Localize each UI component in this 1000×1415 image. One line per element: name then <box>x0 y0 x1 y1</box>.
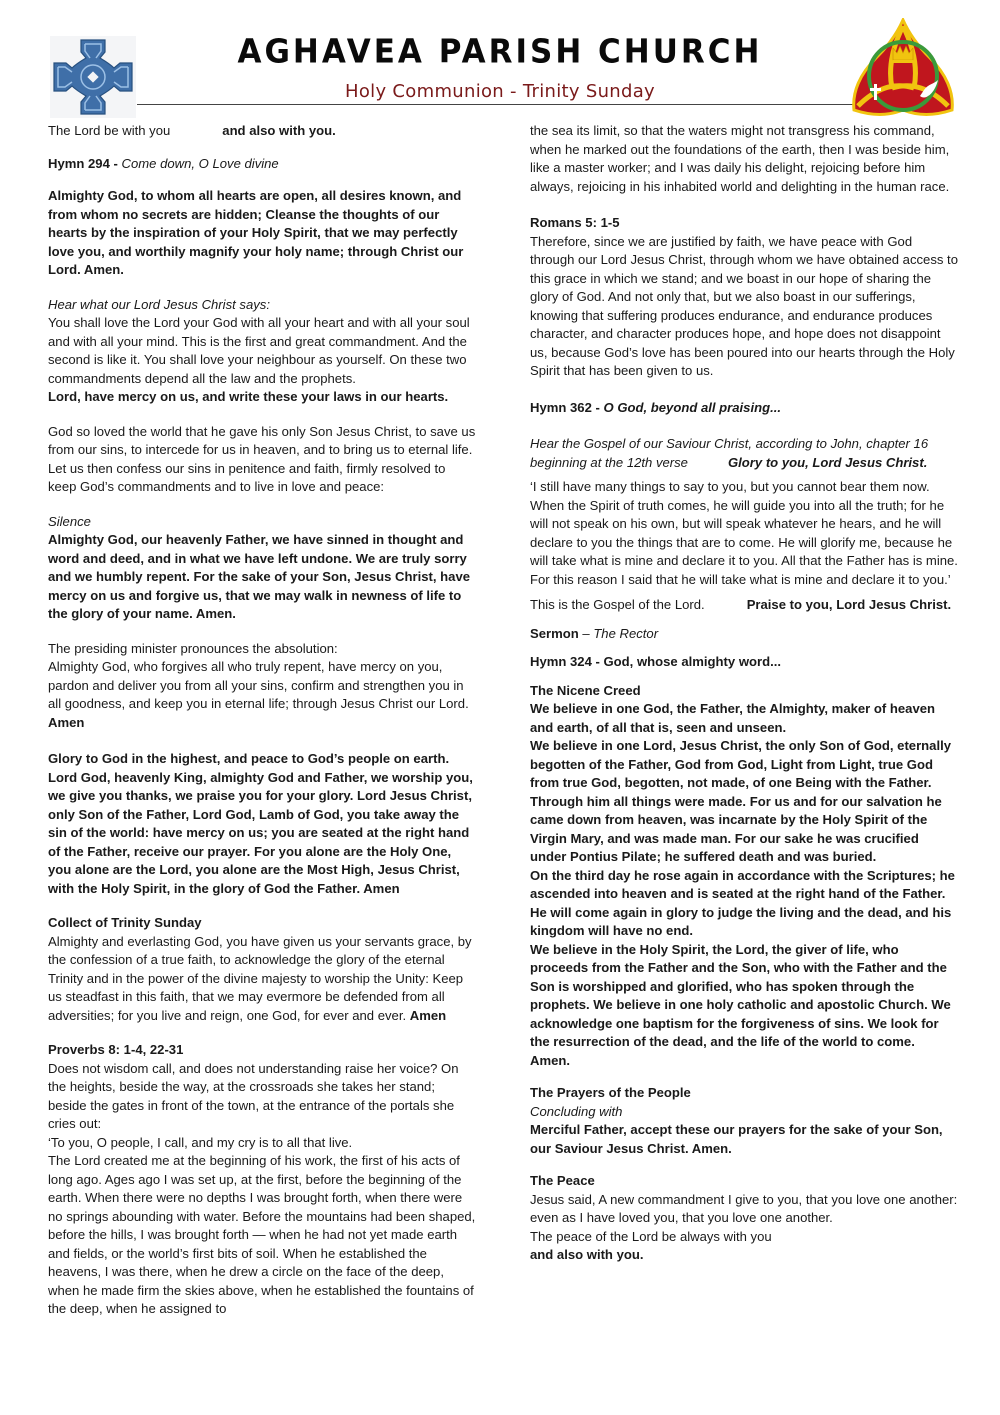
sermon: Sermon – The Rector <box>530 625 958 644</box>
prayers-text: Merciful Father, accept these our prayer… <box>530 1121 958 1158</box>
invitation-to-confession: God so loved the world that he gave his … <box>48 423 476 497</box>
prayers-heading: The Prayers of the People <box>530 1084 958 1103</box>
proverbs-p3: The Lord created me at the beginning of … <box>48 1152 476 1319</box>
summary-of-law: Hear what our Lord Jesus Christ says: Yo… <box>48 296 476 407</box>
creed-p2: We believe in one Lord, Jesus Christ, th… <box>530 737 958 867</box>
collect-text: Almighty and everlasting God, you have g… <box>48 934 472 1023</box>
hymn-title: Come down, O Love divine <box>122 156 279 171</box>
creed-p4: We believe in the Holy Spirit, the Lord,… <box>530 941 958 1071</box>
right-column: the sea its limit, so that the waters mi… <box>530 122 958 1279</box>
collect-amen: Amen <box>410 1008 446 1023</box>
creed-p3: On the third day he rose again in accord… <box>530 867 958 941</box>
proverbs-p1: Does not wisdom call, and does not under… <box>48 1060 476 1134</box>
the-peace: The Peace Jesus said, A new commandment … <box>530 1172 958 1265</box>
peace-greeting: The peace of the Lord be always with you <box>530 1228 958 1247</box>
summary-response: Lord, have mercy on us, and write these … <box>48 388 476 407</box>
absolution-text: Almighty God, who forgives all who truly… <box>48 659 469 711</box>
creed-p1: We believe in one God, the Father, the A… <box>530 700 958 737</box>
collect-for-purity: Almighty God, to whom all hearts are ope… <box>48 187 476 280</box>
greeting-response: and also with you. <box>222 123 336 138</box>
confession-text: Almighty God, our heavenly Father, we ha… <box>48 531 476 624</box>
summary-intro: Hear what our Lord Jesus Christ says: <box>48 296 476 315</box>
hymn-title: O God, beyond all praising... <box>604 400 782 415</box>
creed-heading: The Nicene Creed <box>530 682 958 701</box>
celtic-cross-logo-icon <box>50 36 136 118</box>
sermon-preacher: The Rector <box>593 626 658 641</box>
proverbs-heading: Proverbs 8: 1-4, 22-31 <box>48 1041 476 1060</box>
gospel-announcement: Hear the Gospel of our Saviour Christ, a… <box>530 435 958 472</box>
page-header: AGHAVEA PARISH CHURCH Holy Communion - T… <box>0 0 1000 120</box>
absolution: The presiding minister pronounces the ab… <box>48 640 476 733</box>
peace-response: and also with you. <box>530 1246 958 1265</box>
confession-rubric: Silence <box>48 513 476 532</box>
gospel-announce-line2: beginning at the 12th verse <box>530 455 688 470</box>
trinity-knot-logo-icon <box>848 18 958 120</box>
summary-text: You shall love the Lord your God with al… <box>48 314 476 388</box>
proverbs-p2: ‘To you, O people, I call, and my cry is… <box>48 1134 476 1153</box>
hymn-label: Hymn 362 - <box>530 400 604 415</box>
hymn-324-text: Hymn 324 - God, whose almighty word... <box>530 654 781 669</box>
gospel-announce-line1: Hear the Gospel of our Saviour Christ, a… <box>530 435 958 454</box>
collect-of-the-day: Collect of Trinity Sunday Almighty and e… <box>48 914 476 1025</box>
page-subtitle: Holy Communion - Trinity Sunday <box>150 81 850 102</box>
sermon-dash: – <box>579 626 594 641</box>
sermon-label: Sermon <box>530 626 579 641</box>
romans-text: Therefore, since we are justified by fai… <box>530 233 958 381</box>
peace-heading: The Peace <box>530 1172 958 1191</box>
left-column: The Lord be with youand also with you. H… <box>48 122 476 1333</box>
peace-text: Jesus said, A new commandment I give to … <box>530 1191 958 1228</box>
hymn-362: Hymn 362 - O God, beyond all praising... <box>530 399 958 418</box>
gospel-closing-text: This is the Gospel of the Lord. <box>530 597 705 612</box>
collect-heading: Collect of Trinity Sunday <box>48 914 476 933</box>
romans-heading: Romans 5: 1-5 <box>530 214 958 233</box>
hymn-294: Hymn 294 - Come down, O Love divine <box>48 155 476 174</box>
greeting-minister: The Lord be with you <box>48 123 170 138</box>
proverbs-continued: the sea its limit, so that the waters mi… <box>530 122 958 196</box>
proverbs-reading: Proverbs 8: 1-4, 22-31 Does not wisdom c… <box>48 1041 476 1319</box>
hymn-label: Hymn 294 - <box>48 156 122 171</box>
gospel-response: Glory to you, Lord Jesus Christ. <box>728 455 927 470</box>
hymn-324: Hymn 324 - God, whose almighty word... <box>530 653 958 672</box>
absolution-rubric: The presiding minister pronounces the ab… <box>48 640 476 659</box>
nicene-creed: The Nicene Creed We believe in one God, … <box>530 682 958 1071</box>
gloria: Glory to God in the highest, and peace t… <box>48 750 476 898</box>
prayers-rubric: Concluding with <box>530 1103 958 1122</box>
prayers-of-the-people: The Prayers of the People Concluding wit… <box>530 1084 958 1158</box>
header-divider <box>137 104 865 105</box>
confession: Silence Almighty God, our heavenly Fathe… <box>48 513 476 624</box>
greeting: The Lord be with youand also with you. <box>48 122 476 141</box>
gospel-closing: This is the Gospel of the Lord.Praise to… <box>530 596 958 615</box>
page-title: AGHAVEA PARISH CHURCH <box>150 33 850 71</box>
absolution-amen: Amen <box>48 715 84 730</box>
gospel-closing-response: Praise to you, Lord Jesus Christ. <box>747 597 951 612</box>
romans-reading: Romans 5: 1-5 Therefore, since we are ju… <box>530 214 958 381</box>
gospel-text: ‘I still have many things to say to you,… <box>530 478 958 589</box>
